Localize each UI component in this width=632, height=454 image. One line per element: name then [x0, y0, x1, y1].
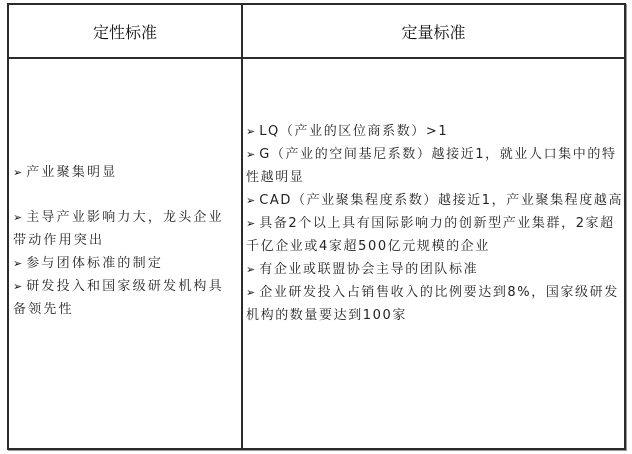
- arrow-bullet-icon: ➢: [246, 189, 255, 212]
- arrow-bullet-icon: ➢: [13, 252, 22, 275]
- qualitative-item-text: 参与团体标准的制定: [26, 256, 163, 271]
- arrow-bullet-icon: ➢: [13, 206, 22, 229]
- quantitative-item: ➢具备2个以上具有国际影响力的创新型产业集群，2家超千亿企业或4家超500亿元规…: [246, 212, 624, 258]
- header-quantitative: 定量标准: [243, 5, 624, 57]
- arrow-bullet-icon: ➢: [246, 258, 255, 281]
- qualitative-item-text: 研发投入和国家级研发机构具备领先性: [13, 279, 224, 317]
- qualitative-item-text: 产业聚集明显: [26, 165, 117, 180]
- column-divider: [241, 5, 243, 448]
- standards-table: 定性标准 定量标准 ➢产业聚集明显 ➢主导产业影响力大，龙头企业带动作用突出 ➢…: [7, 3, 626, 450]
- quantitative-item-text: G（产业的空间基尼系数）越接近1，就业人口集中的特性越明显: [246, 147, 617, 185]
- quantitative-item-text: 有企业或联盟协会主导的团队标准: [259, 262, 478, 277]
- qualitative-item: ➢产业聚集明显: [13, 161, 239, 184]
- quantitative-item-text: CAD（产业聚集程度系数）越接近1，产业聚集程度越高: [259, 193, 623, 208]
- arrow-bullet-icon: ➢: [246, 212, 255, 235]
- quantitative-item: ➢LQ（产业的区位商系数）>1: [246, 120, 624, 143]
- qualitative-item: ➢参与团体标准的制定: [13, 252, 239, 275]
- arrow-bullet-icon: ➢: [246, 281, 255, 304]
- qualitative-item-text: 主导产业影响力大，龙头企业带动作用突出: [13, 210, 224, 248]
- quantitative-item: ➢G（产业的空间基尼系数）越接近1，就业人口集中的特性越明显: [246, 143, 624, 189]
- qualitative-cell: ➢产业聚集明显 ➢主导产业影响力大，龙头企业带动作用突出 ➢参与团体标准的制定 …: [13, 161, 239, 321]
- table-header-row: 定性标准 定量标准: [9, 5, 624, 59]
- quantitative-item: ➢CAD（产业聚集程度系数）越接近1，产业聚集程度越高: [246, 189, 624, 212]
- quantitative-item-text: LQ（产业的区位商系数）>1: [259, 124, 448, 139]
- arrow-bullet-icon: ➢: [13, 275, 22, 298]
- qualitative-item: ➢研发投入和国家级研发机构具备领先性: [13, 275, 239, 321]
- quantitative-item: ➢有企业或联盟协会主导的团队标准: [246, 258, 624, 281]
- arrow-bullet-icon: ➢: [13, 161, 22, 184]
- qualitative-item: ➢主导产业影响力大，龙头企业带动作用突出: [13, 206, 239, 252]
- arrow-bullet-icon: ➢: [246, 120, 255, 143]
- arrow-bullet-icon: ➢: [246, 143, 255, 166]
- quantitative-cell: ➢LQ（产业的区位商系数）>1 ➢G（产业的空间基尼系数）越接近1，就业人口集中…: [246, 120, 624, 327]
- quantitative-item-text: 具备2个以上具有国际影响力的创新型产业集群，2家超千亿企业或4家超500亿元规模…: [246, 216, 615, 254]
- quantitative-item: ➢企业研发投入占销售收入的比例要达到8%，国家级研发机构的数量要达到100家: [246, 281, 624, 327]
- header-qualitative: 定性标准: [9, 5, 241, 57]
- quantitative-item-text: 企业研发投入占销售收入的比例要达到8%，国家级研发机构的数量要达到100家: [246, 285, 619, 323]
